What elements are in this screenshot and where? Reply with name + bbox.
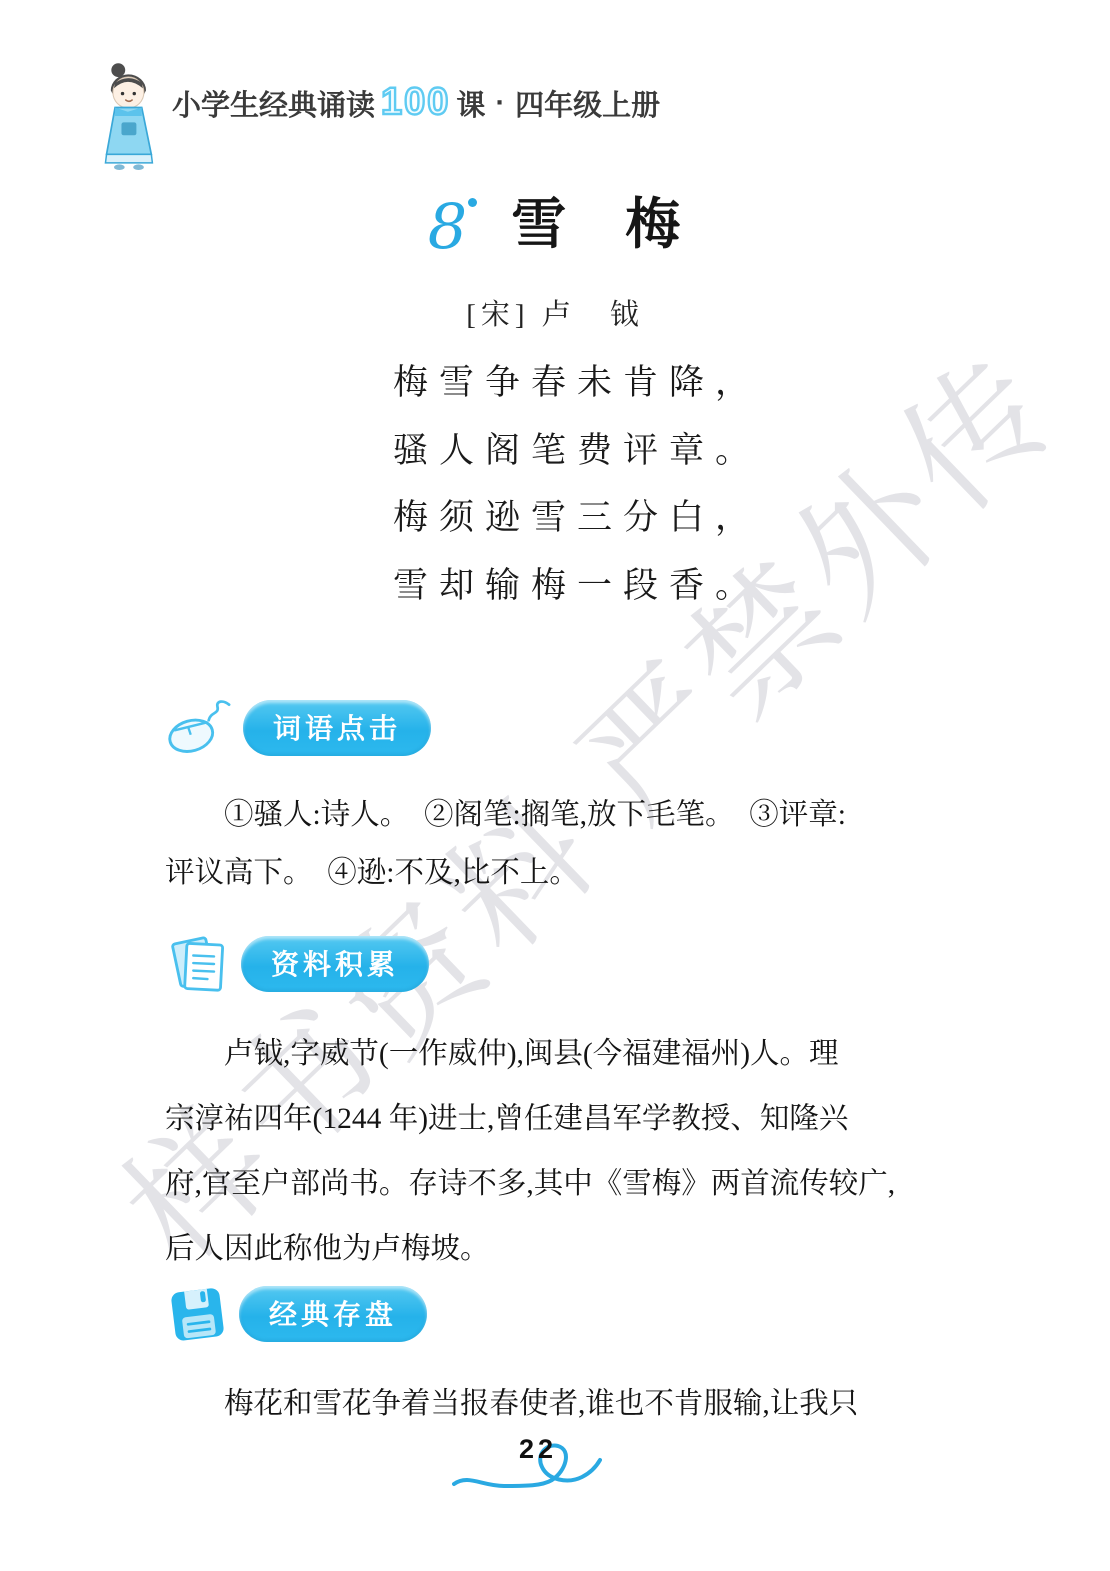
lesson-number: 8 — [428, 196, 467, 258]
section-materials-body: 卢钺,字威节(一作威仲),闽县(今福建福州)人。理 宗淳祐四年(1244 年)进… — [165, 1022, 947, 1282]
lesson-title: 雪 梅 — [511, 192, 682, 256]
translation-line: 梅花和雪花争着当报春使者,谁也不肯服输,让我只 — [165, 1374, 947, 1434]
section-materials: 资料积累 卢钺,字威节(一作威仲),闽县(今福建福州)人。理 宗淳祐四年(124… — [165, 928, 947, 1282]
book-title: 小学生经典诵读 100 课 · 四年级上册 — [172, 82, 660, 125]
poem-line: 骚人阁笔费评章。 — [393, 417, 761, 485]
book-title-suffix: 课 — [456, 83, 485, 124]
section-word-click: 词语点击 ①骚人:诗人。 ②阁笔:搁笔,放下毛笔。 ③评章: 评议高下。 ④逊:… — [165, 692, 947, 902]
book-title-number: 100 — [381, 81, 450, 124]
definition-line: 评议高下。 ④逊:不及,比不上。 — [165, 844, 947, 902]
section-materials-header: 资料积累 — [165, 928, 947, 1000]
title-separator-dot: · — [495, 87, 505, 120]
page-footer: 22 — [0, 1428, 1110, 1498]
page-number: 22 — [519, 1434, 557, 1465]
section-word-click-body: ①骚人:诗人。 ②阁笔:搁笔,放下毛笔。 ③评章: 评议高下。 ④逊:不及,比不… — [165, 786, 947, 902]
section-word-click-header: 词语点击 — [165, 692, 947, 764]
poem-line: 梅须逊雪三分白， — [393, 484, 761, 552]
lesson-number-dot — [468, 198, 477, 207]
section-classic-save-header: 经典存盘 — [165, 1278, 947, 1350]
definition-line: ①骚人:诗人。 ②阁笔:搁笔,放下毛笔。 ③评章: — [165, 786, 947, 844]
page-header: 小学生经典诵读 100 课 · 四年级上册 — [98, 60, 660, 172]
section-materials-pill: 资料积累 — [241, 936, 429, 992]
bio-line: 卢钺,字威节(一作威仲),闽县(今福建福州)人。理 — [165, 1022, 947, 1087]
section-classic-save-pill: 经典存盘 — [239, 1286, 427, 1342]
section-classic-save: 经典存盘 梅花和雪花争着当报春使者,谁也不肯服输,让我只 — [165, 1278, 947, 1434]
poem-line: 梅雪争春未肯降， — [393, 349, 761, 417]
section-classic-save-body: 梅花和雪花争着当报春使者,谁也不肯服输,让我只 — [165, 1374, 947, 1434]
boy-mascot-icon — [98, 60, 162, 172]
documents-icon — [165, 931, 231, 997]
floppy-disk-icon — [165, 1281, 229, 1347]
poem-text: 梅雪争春未肯降， 骚人阁笔费评章。 梅须逊雪三分白， 雪却输梅一段香。 — [393, 349, 761, 619]
lesson-heading: 8 雪 梅 — [0, 192, 1110, 256]
mouse-icon — [165, 695, 233, 761]
poem-line: 雪却输梅一段香。 — [393, 552, 761, 620]
bio-line: 宗淳祐四年(1244 年)进士,曾任建昌军学教授、知隆兴 — [165, 1087, 947, 1152]
book-title-prefix: 小学生经典诵读 — [172, 83, 375, 124]
textbook-page: 样书资料 严禁外传 小学生经典诵读 100 课 · 四年级上册 8 — [0, 0, 1110, 1571]
bio-line: 府,官至户部尚书。存诗不多,其中《雪梅》两首流传较广, — [165, 1152, 947, 1217]
book-title-volume: 四年级上册 — [515, 83, 660, 124]
section-word-click-pill: 词语点击 — [243, 700, 431, 756]
bio-line: 后人因此称他为卢梅坡。 — [165, 1217, 947, 1282]
poem-author: [宋] 卢 钺 — [0, 292, 1110, 333]
